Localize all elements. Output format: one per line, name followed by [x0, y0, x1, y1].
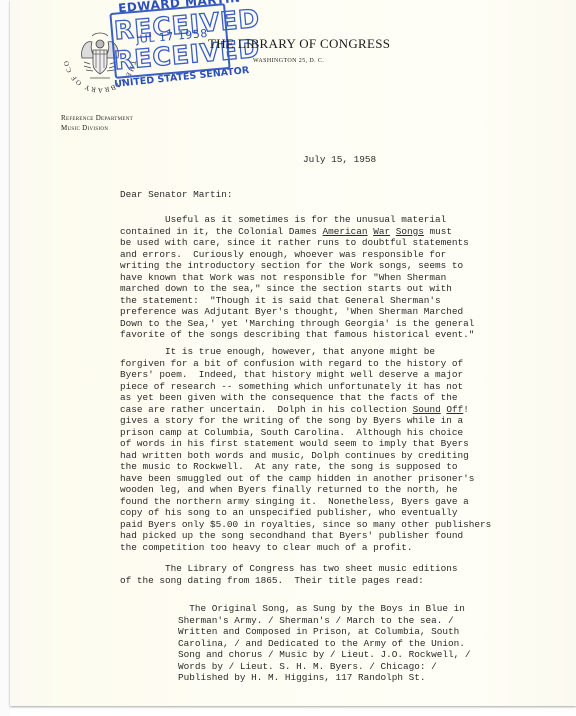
text-line: forgiven for a bit of confusion with reg…: [120, 358, 491, 370]
underlined-title: Off: [446, 404, 463, 415]
text-line: piece of research -- something which unf…: [120, 381, 491, 393]
text-line: Down to the Sea,' yet 'Marching through …: [120, 318, 474, 330]
text-line: found the northern army singing it. None…: [120, 496, 491, 508]
paragraph-2: It is true enough, however, that anyone …: [120, 346, 491, 553]
paragraph-3: The Library of Congress has two sheet mu…: [120, 563, 458, 586]
text-line: copy of his song to an unspecified publi…: [120, 507, 491, 519]
text-line: Useful as it sometimes is for the unusua…: [120, 214, 474, 226]
text-line: have known that Work was not responsible…: [120, 272, 474, 284]
text-line: contained in it, the Colonial Dames Amer…: [120, 226, 474, 238]
text-line: as yet been given with the consequence t…: [120, 392, 491, 404]
text-line: wooden leg, and when Byers finally retur…: [120, 484, 491, 496]
text-line: Written and Composed in Prison, at Colum…: [178, 626, 471, 638]
department-block: Reference Department Music Division: [61, 113, 133, 133]
text-line: It is true enough, however, that anyone …: [120, 346, 491, 358]
text-line: case are rather uncertain. Dolph in his …: [120, 404, 491, 416]
text-line: paid Byers only $5.00 in royalties, sinc…: [120, 519, 491, 531]
text-line: the music to Rockwell. At any rate, the …: [120, 461, 491, 473]
text-line: gives a story for the writing of the son…: [120, 415, 491, 427]
text-line: marched down to the sea," since the sect…: [120, 283, 474, 295]
text-line: Published by H. M. Higgins, 117 Randolph…: [178, 672, 471, 684]
text-line: had written both words and music, Dolph …: [120, 450, 491, 462]
text-line: of the song dating from 1865. Their titl…: [120, 575, 458, 587]
text-line: writing the introductory section for the…: [120, 260, 474, 272]
text-line: Carolina, / and Dedicated to the Army of…: [178, 638, 471, 650]
text-line: Sherman's Army. / Sherman's / March to t…: [178, 615, 471, 627]
text-line: of words in his first statement would se…: [120, 438, 491, 450]
text-line: Words by / Lieut. S. H. M. Byers. / Chic…: [178, 661, 471, 673]
department-name: Reference Department: [61, 113, 133, 123]
paragraph-1: Useful as it sometimes is for the unusua…: [120, 214, 474, 341]
salutation: Dear Senator Martin:: [120, 189, 233, 201]
division-name: Music Division: [61, 123, 133, 133]
scan-margin: [0, 0, 10, 716]
text-line: favorite of the songs describing that fa…: [120, 329, 474, 341]
text-line: Song and chorus / Music by / Lieut. J.O.…: [178, 649, 471, 661]
letter-date: July 15, 1958: [303, 154, 376, 166]
underlined-title: War: [373, 226, 390, 237]
letterhead-title: THE LIBRARY OF CONGRESS: [208, 36, 390, 52]
underlined-title: Songs: [396, 226, 424, 237]
text-line: Byers' poem. Indeed, that history might …: [120, 369, 491, 381]
text-line: The Original Song, as Sung by the Boys i…: [178, 603, 471, 615]
text-line: preference was Adjutant Byer's thought, …: [120, 306, 474, 318]
text-line: The Library of Congress has two sheet mu…: [120, 563, 458, 575]
text-line: had picked up the song secondhand that B…: [120, 530, 491, 542]
title-page-quote: The Original Song, as Sung by the Boys i…: [178, 603, 471, 684]
letterhead-city: WASHINGTON 25, D. C.: [253, 58, 324, 64]
text-line: be used with care, since it rather runs …: [120, 237, 474, 249]
text-line: have been smuggled out of the camp hidde…: [120, 473, 491, 485]
text-line: prison camp at Columbia, South Carolina.…: [120, 427, 491, 439]
underlined-title: Sound: [413, 404, 441, 415]
text-line: the statement: "Though it is said that G…: [120, 295, 474, 307]
underlined-title: American: [323, 226, 368, 237]
text-line: and errors. Curiously enough, whoever wa…: [120, 249, 474, 261]
text-line: the competition too heavy to clear much …: [120, 542, 491, 554]
